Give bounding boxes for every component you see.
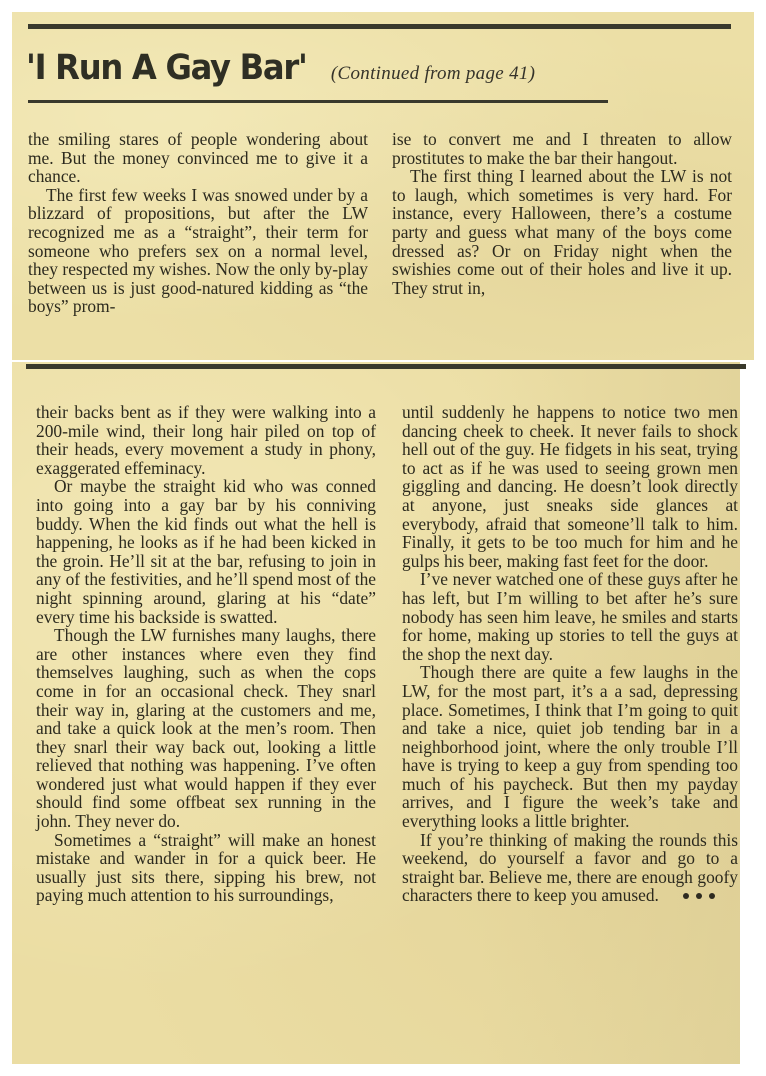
bottom-right-column: until suddenly he happens to notice two …	[402, 403, 738, 905]
top-right-column: ise to convert me and I threaten to allo…	[392, 130, 732, 297]
paragraph: Though the LW furnishes many laughs, the…	[36, 626, 376, 831]
paragraph: their backs bent as if they were walking…	[36, 403, 376, 477]
title-underline-divider	[28, 100, 608, 103]
paragraph: Or maybe the straight kid who was conned…	[36, 477, 376, 626]
paragraph: I’ve never watched one of these guys aft…	[402, 570, 738, 663]
bottom-left-column: their backs bent as if they were walking…	[36, 403, 376, 905]
paragraph: The first few weeks I was snowed under b…	[28, 186, 368, 316]
top-left-column: the smiling stares of people wondering a…	[28, 130, 368, 316]
end-of-article-dots-icon	[665, 886, 722, 905]
final-paragraph: If you’re thinking of making the rounds …	[402, 831, 738, 905]
paragraph: until suddenly he happens to notice two …	[402, 403, 738, 570]
paragraph: Though there are quite a few laughs in t…	[402, 663, 738, 830]
continuation-note: (Continued from page 41)	[331, 63, 535, 85]
paragraph: ise to convert me and I threaten to allo…	[392, 130, 732, 167]
section-rule-divider	[26, 364, 746, 369]
article-title: 'I Run A Gay Bar'	[26, 48, 307, 88]
paragraph: The first thing I learned about the LW i…	[392, 167, 732, 297]
article-header: 'I Run A Gay Bar' (Continued from page 4…	[26, 48, 535, 88]
paragraph: Sometimes a “straight” will make an hone…	[36, 831, 376, 905]
top-rule-divider	[28, 24, 731, 29]
paragraph: the smiling stares of people wondering a…	[28, 130, 368, 186]
